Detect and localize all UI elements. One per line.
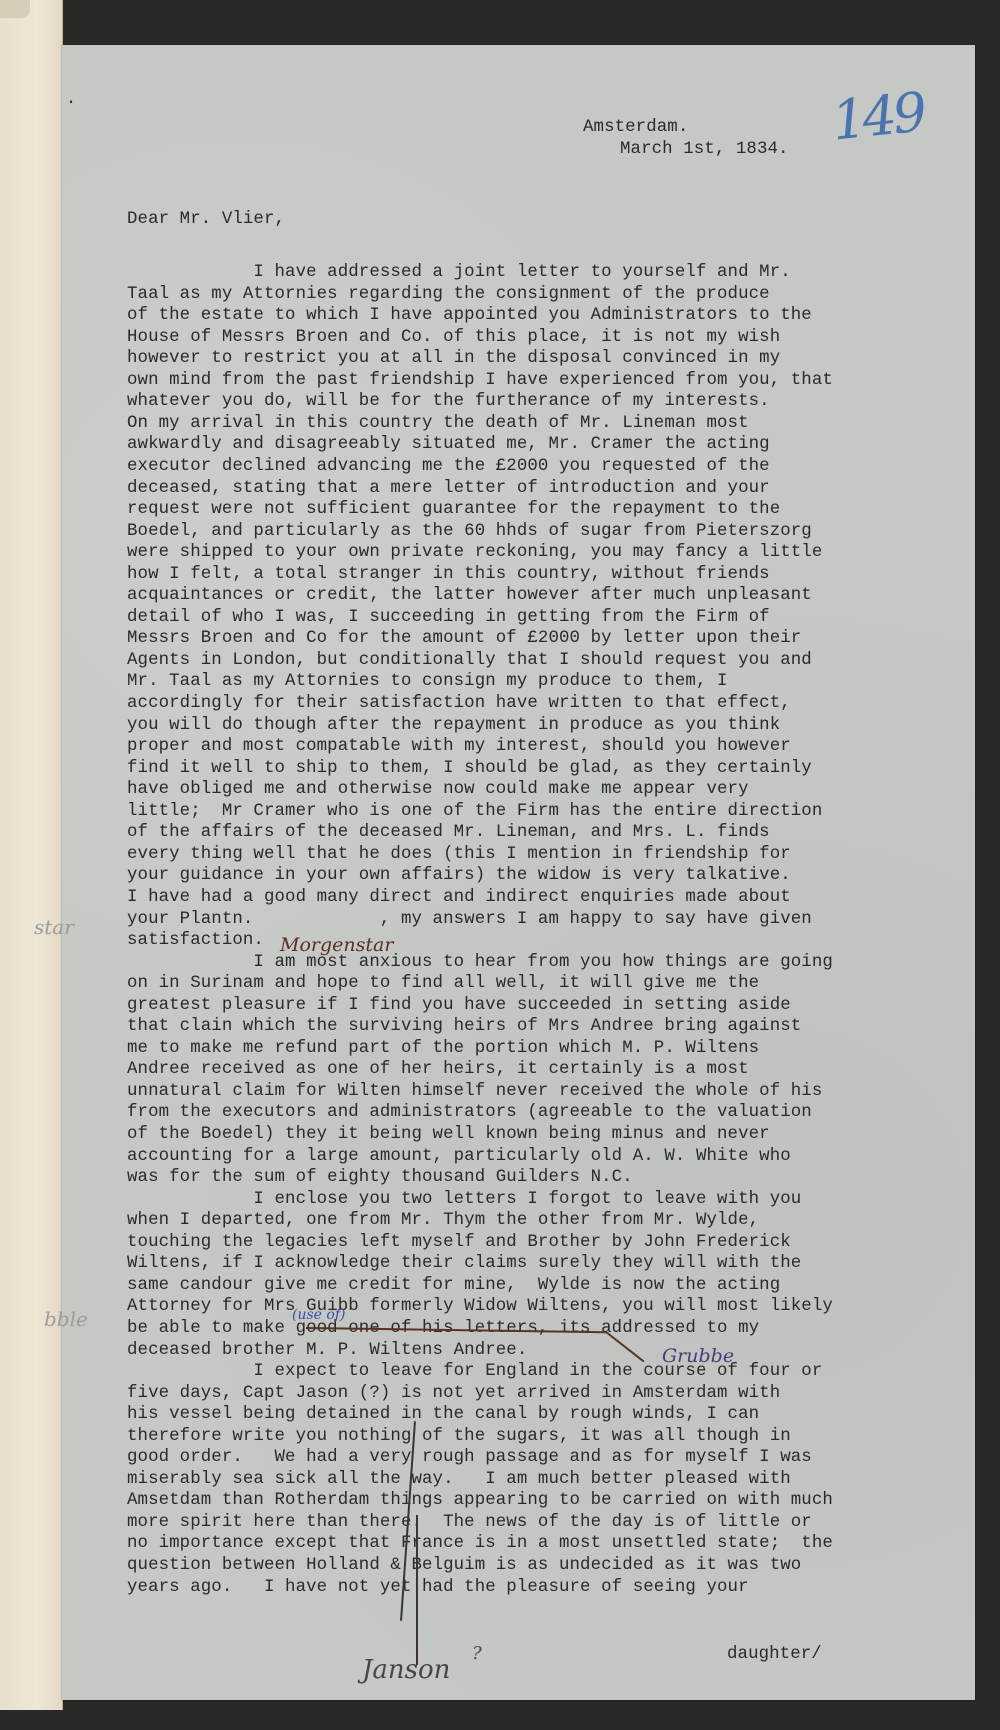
handwritten-plantation-name: Morgenstar [280,934,393,956]
letter-line: Boedel, and particularly as the 60 hhds … [127,522,812,541]
letter-line: years ago. I have not yet had the pleasu… [127,1578,749,1597]
salutation: Dear Mr. Vlier, [127,210,285,229]
letter-line: Wiltens, if I acknowledge their claims s… [127,1254,801,1273]
letter-line: accordingly for their satisfaction have … [127,694,791,713]
letter-line: On my arrival in this country the death … [127,414,749,433]
letter-line: Amsetdam than Rotherdam things appearing… [127,1491,833,1510]
letter-line: when I departed, one from Mr. Thym the o… [127,1211,759,1230]
folio-number: 149 [829,80,926,152]
correction-grubbe: Grubbe [662,1345,734,1367]
letter-line: that clain which the surviving heirs of … [127,1017,801,1036]
letter-line: how I felt, a total stranger in this cou… [127,565,770,584]
letter-line: I have addressed a joint letter to yours… [127,263,791,282]
left-facing-page [0,0,63,1710]
letter-line: your guidance in your own affairs) the w… [127,866,791,885]
letter-line: unnatural claim for Wilten himself never… [127,1082,822,1101]
letter-line: was for the sum of eighty thousand Guild… [127,1168,633,1187]
letter-line: find it well to ship to them, I should b… [127,759,812,778]
insertion-use-of: (use of) [292,1307,345,1323]
query-mark: ? [472,1643,482,1664]
pencil-line-lower [416,1515,418,1665]
letter-line: of the affairs of the deceased Mr. Linem… [127,823,770,842]
letter-line: I have had a good many direct and indire… [127,888,791,907]
letter-line: detail of who I was, I succeeding in get… [127,608,770,627]
letter-date: March 1st, 1834. [620,140,789,159]
margin-note-star: star [34,915,74,939]
letter-line: no importance except that France is in a… [127,1534,833,1553]
letter-line: five days, Capt Jason (?) is not yet arr… [127,1384,780,1403]
margin-mark: . [66,90,76,109]
margin-note-bble: bble [44,1307,88,1331]
letter-line: every thing well that he does (this I me… [127,845,791,864]
letter-line: acquaintances or credit, the latter howe… [127,586,812,605]
letter-line: however to restrict you at all in the di… [127,349,780,368]
letter-line: Agents in London, but conditionally that… [127,651,812,670]
letter-line: from the executors and administrators (a… [127,1103,812,1122]
letter-line: good order. We had a very rough passage … [127,1448,812,1467]
letter-line: awkwardly and disagreeably situated me, … [127,435,770,454]
letter-line: you will do though after the repayment i… [127,716,780,735]
letter-line: same candour give me credit for mine, Wy… [127,1276,780,1295]
letter-line: I am most anxious to hear from you how t… [127,953,833,972]
letter-line: executor declined advancing me the £2000… [127,457,770,476]
page-fold [0,0,30,18]
letter-line: Mr. Taal as my Attornies to consign my p… [127,672,728,691]
letter-place: Amsterdam. [583,118,688,137]
letter-line: House of Messrs Broen and Co. of this pl… [127,328,780,347]
letter-line: I enclose you two letters I forgot to le… [127,1190,801,1209]
letter-line: of the estate to which I have appointed … [127,306,812,325]
letter-line: whatever you do, will be for the further… [127,392,770,411]
handwritten-janson: Janson [362,1655,450,1685]
letter-line: have obliged me and otherwise now could … [127,780,749,799]
letter-line: question between Holland & Belguim is as… [127,1556,801,1575]
letter-line: accounting for a large amount, particula… [127,1147,791,1166]
letter-line: more spirit here than there. The news of… [127,1513,812,1532]
letter-line: on in Surinam and hope to find all well,… [127,974,759,993]
letter-line: miserably sea sick all the way. I am muc… [127,1470,791,1489]
letter-sheet: . 149 Amsterdam. March 1st, 1834. Dear M… [62,45,975,1700]
letter-line: Messrs Broen and Co for the amount of £2… [127,629,801,648]
letter-line: deceased brother M. P. Wiltens Andree. [127,1341,527,1360]
letter-line: Taal as my Attornies regarding the consi… [127,285,770,304]
letter-line: Andree received as one of her heirs, it … [127,1060,749,1079]
letter-line: greatest pleasure if I find you have suc… [127,996,791,1015]
letter-line: satisfaction. [127,931,264,950]
letter-line: of the Boedel) they it being well known … [127,1125,770,1144]
letter-line: little; Mr Cramer who is one of the Firm… [127,802,822,821]
letter-line: deceased, stating that a mere letter of … [127,479,770,498]
letter-line: his vessel being detained in the canal b… [127,1405,759,1424]
letter-line: your Plantn. , my answers I am happy to … [127,910,812,929]
letter-line: own mind from the past friendship I have… [127,371,833,390]
catchword: daughter/ [727,1645,822,1664]
letter-line: were shipped to your own private reckoni… [127,543,822,562]
letter-line: me to make me refund part of the portion… [127,1039,759,1058]
letter-line: proper and most compatable with my inter… [127,737,791,756]
letter-line: therefore write you nothing of the sugar… [127,1427,791,1446]
letter-line: Attorney for Mrs Guibb formerly Widow Wi… [127,1297,833,1316]
letter-line: touching the legacies left myself and Br… [127,1233,791,1252]
letter-line: request were not sufficient guarantee fo… [127,500,780,519]
